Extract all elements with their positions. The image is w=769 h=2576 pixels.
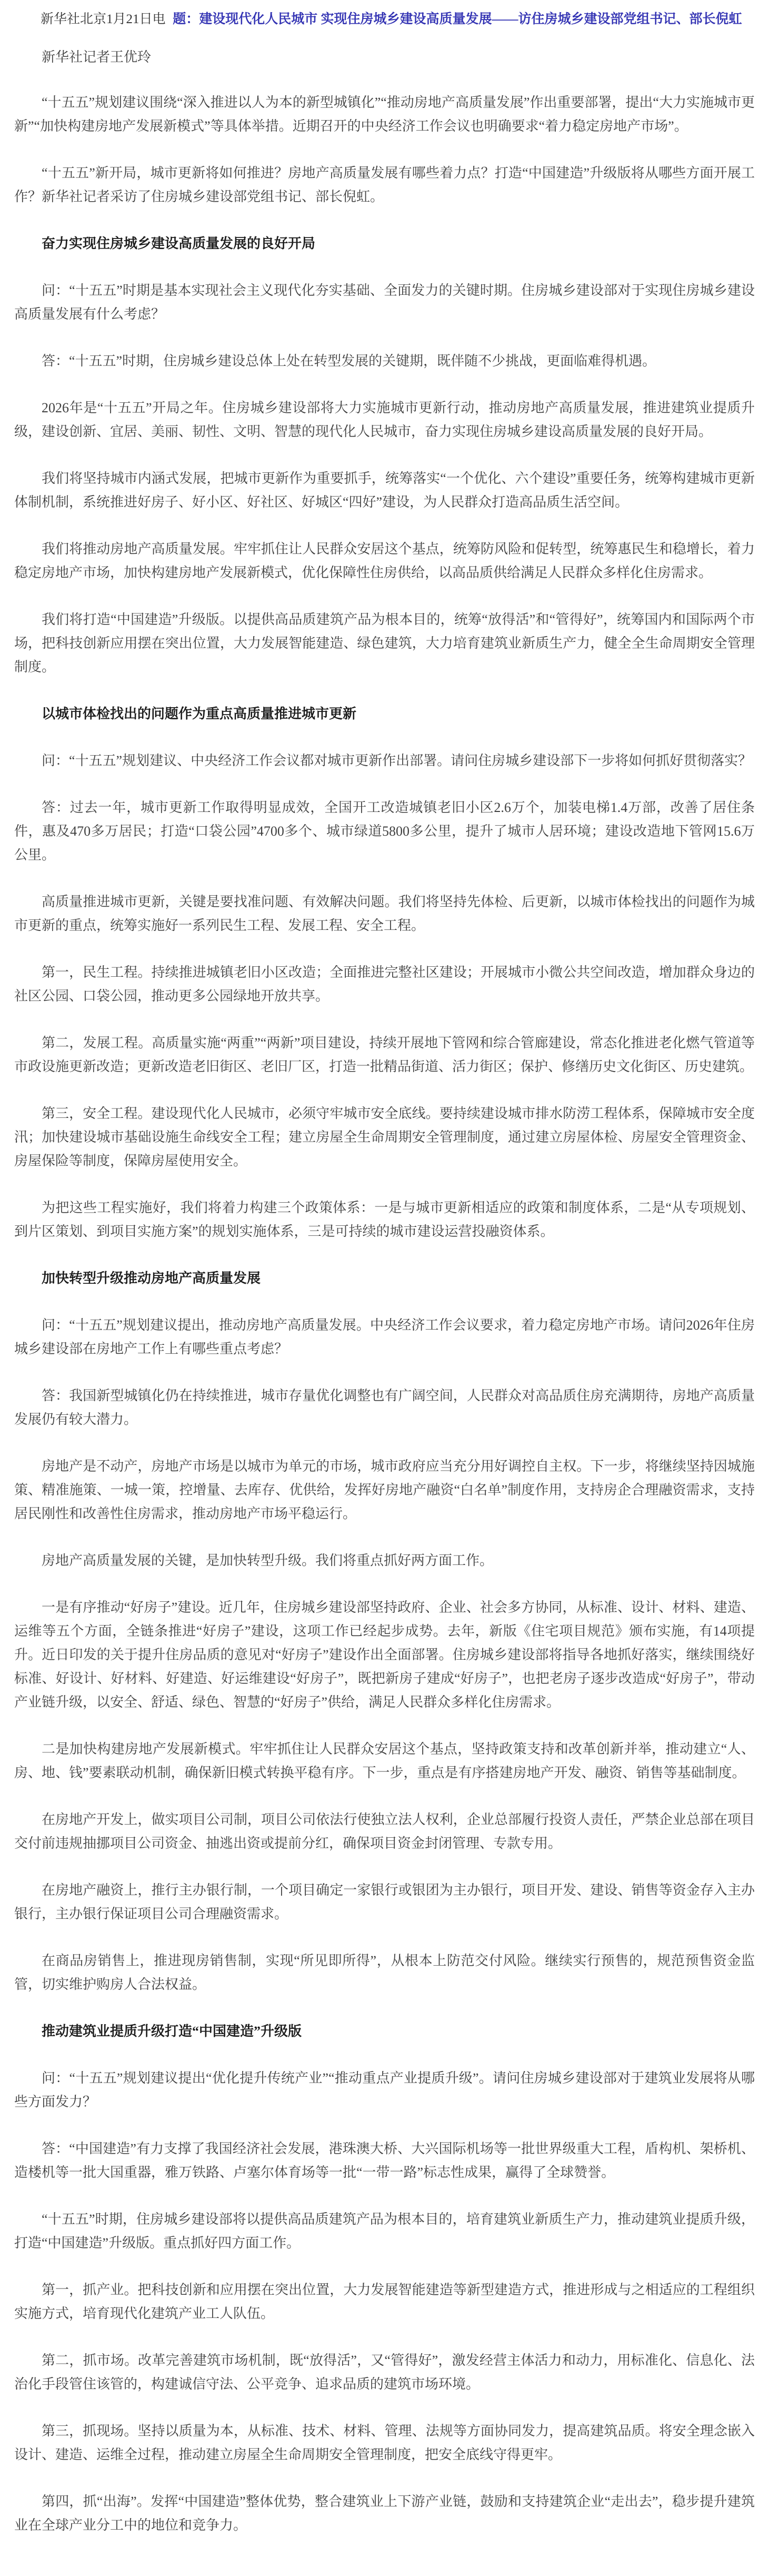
article-paragraph: 二是加快构建房地产发展新模式。牢牢抓住让人民群众安居这个基点，坚持政策支持和改革… (14, 1737, 755, 1785)
section-heading: 加快转型升级推动房地产高质量发展 (14, 1266, 755, 1290)
article-paragraph: 答：“十五五”时期，住房城乡建设总体上处在转型发展的关键期，既伴随不少挑战，更面… (14, 349, 755, 373)
section-heading: 推动建筑业提质升级打造“中国建造”升级版 (14, 2019, 755, 2043)
byline: 新华社记者王优玲 (14, 45, 755, 70)
article-paragraph: “十五五”规划建议围绕“深入推进以人为本的新型城镇化”“推动房地产高质量发展”作… (14, 91, 755, 138)
article-paragraph: 在房地产开发上，做实项目公司制，项目公司依法行使独立法人权利，企业总部履行投资人… (14, 1808, 755, 1855)
article-paragraph: 答：“中国建造”有力支撑了我国经济社会发展，港珠澳大桥、大兴国际机场等一批世界级… (14, 2137, 755, 2184)
article-paragraph: 房地产高质量发展的关键，是加快转型升级。我们将重点抓好两方面工作。 (14, 1549, 755, 1572)
article-paragraph: 高质量推进城市更新，关键是要找准问题、有效解决问题。我们将坚持先体检、后更新，以… (14, 890, 755, 937)
article-paragraph: 我们将推动房地产高质量发展。牢牢抓住让人民群众安居这个基点，统筹防风险和促转型，… (14, 537, 755, 584)
article-page: 新华社北京1月21日电题：建设现代化人民城市 实现住房城乡建设高质量发展——访住… (0, 0, 769, 2576)
article-paragraph: 在房地产融资上，推行主办银行制，一个项目确定一家银行或银团为主办银行，项目开发、… (14, 1878, 755, 1926)
article-paragraph: 我们将坚持城市内涵式发展，把城市更新作为重要抓手，统筹落实“一个优化、六个建设”… (14, 467, 755, 514)
article-paragraph: 答：我国新型城镇化仍在持续推进，城市存量优化调整也有广阔空间，人民群众对高品质住… (14, 1384, 755, 1431)
article-body: “十五五”规划建议围绕“深入推进以人为本的新型城镇化”“推动房地产高质量发展”作… (14, 91, 755, 2537)
article-paragraph: 第二，发展工程。高质量实施“两重”“两新”项目建设，持续开展地下管网和综合管廊建… (14, 1031, 755, 1078)
article-paragraph: 第三，安全工程。建设现代化人民城市，必须守牢城市安全底线。要持续建设城市排水防涝… (14, 1102, 755, 1173)
article-paragraph: 答：过去一年，城市更新工作取得明显成效，全国开工改造城镇老旧小区2.6万个，加装… (14, 796, 755, 867)
article-paragraph: 2026年是“十五五”开局之年。住房城乡建设部将大力实施城市更新行动，推动房地产… (14, 396, 755, 443)
article-paragraph: 第三，抓现场。坚持以质量为本，从标准、技术、材料、管理、法规等方面协同发力，提高… (14, 2419, 755, 2466)
article-title-line: 新华社北京1月21日电题：建设现代化人民城市 实现住房城乡建设高质量发展——访住… (14, 7, 755, 32)
article-paragraph: 在商品房销售上，推进现房销售制，实现“所见即所得”，从根本上防范交付风险。继续实… (14, 1949, 755, 1996)
article-paragraph: 第四，抓“出海”。发挥“中国建造”整体优势，整合建筑业上下游产业链，鼓励和支持建… (14, 2490, 755, 2537)
article-title: 题：建设现代化人民城市 实现住房城乡建设高质量发展——访住房城乡建设部党组书记、… (173, 12, 742, 26)
article-paragraph: 问：“十五五”规划建议提出，推动房地产高质量发展。中央经济工作会议要求，着力稳定… (14, 1313, 755, 1361)
article-paragraph: 一是有序推动“好房子”建设。近几年，住房城乡建设部坚持政府、企业、社会多方协同，… (14, 1596, 755, 1714)
dateline: 新华社北京1月21日电 (41, 12, 166, 26)
article-paragraph: “十五五”新开局，城市更新将如何推进？房地产高质量发展有哪些着力点？打造“中国建… (14, 161, 755, 209)
article-paragraph: “十五五”时期，住房城乡建设部将以提供高品质建筑产品为根本目的，培育建筑业新质生… (14, 2207, 755, 2255)
article-paragraph: 第一，民生工程。持续推进城镇老旧小区改造；全面推进完整社区建设；开展城市小微公共… (14, 960, 755, 1008)
article-paragraph: 第二，抓市场。改革完善建筑市场机制，既“放得活”，又“管得好”，激发经营主体活力… (14, 2349, 755, 2396)
section-heading: 奋力实现住房城乡建设高质量发展的良好开局 (14, 232, 755, 255)
article-paragraph: 我们将打造“中国建造”升级版。以提供高品质建筑产品为根本目的，统筹“放得活”和“… (14, 608, 755, 679)
section-heading: 以城市体检找出的问题作为重点高质量推进城市更新 (14, 702, 755, 726)
article-paragraph: 为把这些工程实施好，我们将着力构建三个政策体系：一是与城市更新相适应的政策和制度… (14, 1196, 755, 1243)
article-paragraph: 第一，抓产业。把科技创新和应用摆在突出位置，大力发展智能建造等新型建造方式，推进… (14, 2278, 755, 2325)
article-paragraph: 问：“十五五”规划建议、中央经济工作会议都对城市更新作出部署。请问住房城乡建设部… (14, 749, 755, 772)
article-paragraph: 问：“十五五”时期是基本实现社会主义现代化夯实基础、全面发力的关键时期。住房城乡… (14, 279, 755, 326)
article-paragraph: 房地产是不动产，房地产市场是以城市为单元的市场，城市政府应当充分用好调控自主权。… (14, 1454, 755, 1525)
